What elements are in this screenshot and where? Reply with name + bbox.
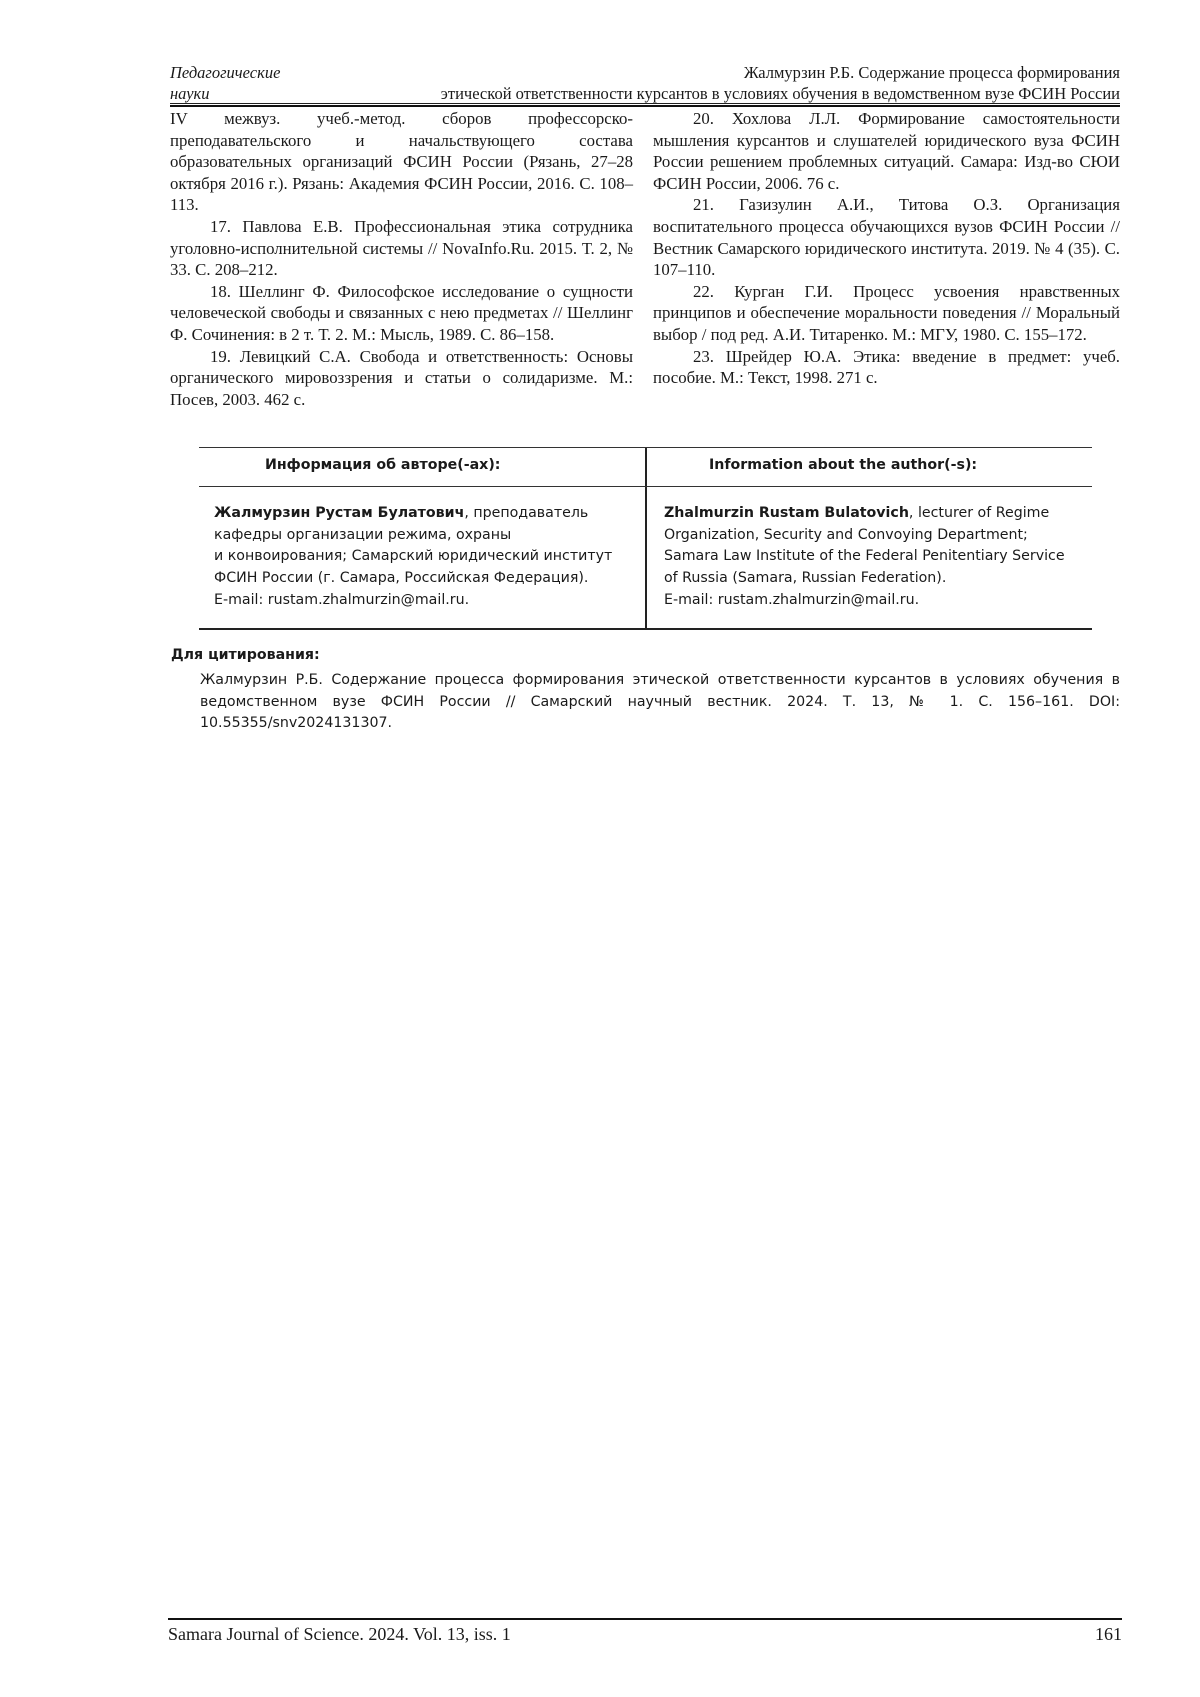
references-left-column: IV межвуз. учеб.-метод. сборов профессор… <box>170 108 633 410</box>
author-email-en: E-mail: rustam.zhalmurzin@mail.ru. <box>664 590 1084 612</box>
article-short-title-line2: этической ответственности курсантов в ус… <box>441 83 1120 104</box>
header-rule-thick <box>170 105 1120 107</box>
section-name: Педагогические науки <box>170 62 280 104</box>
author-name-en: Zhalmurzin Rustam Bulatovich <box>664 505 909 521</box>
journal-info: Samara Journal of Science. 2024. Vol. 13… <box>168 1623 511 1645</box>
reference-item: 23. Шрейдер Ю.А. Этика: введение в предм… <box>653 346 1120 389</box>
article-short-title: Жалмурзин Р.Б. Содержание процесса форми… <box>441 62 1120 104</box>
reference-item: 20. Хохлова Л.Л. Формирование самостояте… <box>653 108 1120 194</box>
article-short-title-line1: Жалмурзин Р.Б. Содержание процесса форми… <box>441 62 1120 83</box>
reference-item: 19. Левицкий С.А. Свобода и ответственно… <box>170 346 633 411</box>
reference-item: 22. Курган Г.И. Процесс усвоения нравств… <box>653 281 1120 346</box>
author-name-ru: Жалмурзин Рустам Булатович <box>214 505 464 521</box>
author-line: of Russia (Samara, Russian Federation). <box>664 568 1084 590</box>
author-position-en: , lecturer of Regime <box>909 505 1049 521</box>
author-line: кафедры организации режима, охраны <box>214 525 639 547</box>
author-line: ФСИН России (г. Самара, Российская Федер… <box>214 568 639 590</box>
table-header-separator <box>199 486 1092 487</box>
section-name-line2: науки <box>170 83 280 104</box>
reference-item: 21. Газизулин А.И., Титова О.З. Организа… <box>653 194 1120 280</box>
author-position-ru: , преподаватель <box>464 505 588 521</box>
author-info-header-ru: Информация об авторе(-ах): <box>265 457 500 473</box>
author-line: Samara Law Institute of the Federal Peni… <box>664 546 1084 568</box>
section-name-line1: Педагогические <box>170 62 280 83</box>
citation-text: Жалмурзин Р.Б. Содержание процесса форми… <box>200 670 1120 735</box>
author-email-ru: E-mail: rustam.zhalmurzin@mail.ru. <box>214 590 639 612</box>
author-info-header-en: Information about the author(-s): <box>709 457 977 473</box>
author-line: Organization, Security and Convoying Dep… <box>664 525 1084 547</box>
author-line: Zhalmurzin Rustam Bulatovich, lecturer o… <box>664 503 1084 525</box>
reference-item: 18. Шеллинг Ф. Философское исследование … <box>170 281 633 346</box>
author-line: Жалмурзин Рустам Булатович, преподавател… <box>214 503 639 525</box>
footer-rule <box>168 1618 1122 1620</box>
author-line: и конвоирования; Самарский юридический и… <box>214 546 639 568</box>
author-info-table: Информация об авторе(-ах): Information a… <box>199 447 1092 630</box>
reference-item: 17. Павлова Е.В. Профессиональная этика … <box>170 216 633 281</box>
table-column-divider <box>645 448 647 628</box>
author-info-ru: Жалмурзин Рустам Булатович, преподавател… <box>214 503 639 612</box>
page-number: 161 <box>1095 1623 1122 1645</box>
running-header: Педагогические науки Жалмурзин Р.Б. Соде… <box>170 62 1120 104</box>
references-right-column: 20. Хохлова Л.Л. Формирование самостояте… <box>653 108 1120 389</box>
reference-item: IV межвуз. учеб.-метод. сборов профессор… <box>170 108 633 216</box>
citation-label: Для цитирования: <box>171 647 320 663</box>
author-info-en: Zhalmurzin Rustam Bulatovich, lecturer o… <box>664 503 1084 612</box>
header-rule-thin <box>170 103 1120 104</box>
